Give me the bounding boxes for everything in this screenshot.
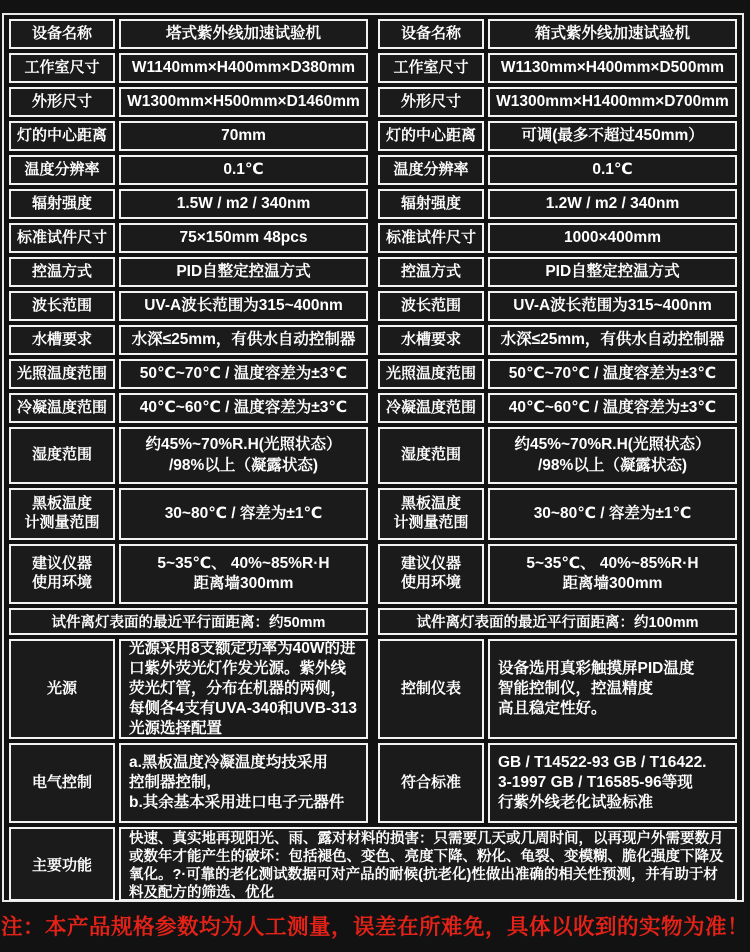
spec-value-cell: 70mm <box>119 121 368 151</box>
spec-value-cell: 1000×400mm <box>488 223 737 253</box>
spec-value-cell: 30~80℃ / 容差为±1℃ <box>119 488 368 540</box>
spec-row: 工作室尺寸W1140mm×H400mm×D380mm <box>9 53 368 83</box>
spec-value-cell: 约45%~70%R.H(光照状态） /98%以上（凝露状态) <box>488 427 737 484</box>
spec-label-cell: 冷凝温度范围 <box>9 393 115 423</box>
spec-sheet-frame: 设备名称塔式紫外线加速试验机工作室尺寸W1140mm×H400mm×D380mm… <box>2 13 744 902</box>
spec-label-cell: 电气控制 <box>9 743 115 823</box>
spec-value-cell: 光源采用8支额定功率为40W的进口紫外荧光灯作发光源。紫外线荧光灯管，分布在机器… <box>119 639 368 739</box>
spec-row: 光照温度范围50℃~70℃ / 温度容差为±3℃ <box>9 359 368 389</box>
spec-label-cell: 符合标准 <box>378 743 484 823</box>
spec-label-cell: 温度分辨率 <box>378 155 484 185</box>
main-function-row: 主要功能 快速、真实地再现阳光、雨、露对材料的损害：只需要几天或几周时间，以再现… <box>9 827 737 901</box>
spec-label-cell: 设备名称 <box>9 19 115 49</box>
spec-value-cell: 水深≤25mm，有供水自动控制器 <box>119 325 368 355</box>
spec-label-cell: 工作室尺寸 <box>9 53 115 83</box>
spec-label-cell: 外形尺寸 <box>9 87 115 117</box>
spec-row: 黑板温度 计测量范围30~80℃ / 容差为±1℃ <box>378 488 737 540</box>
spec-value-cell: 0.1℃ <box>119 155 368 185</box>
spec-row: 黑板温度 计测量范围30~80℃ / 容差为±1℃ <box>9 488 368 540</box>
spec-value-cell: 30~80℃ / 容差为±1℃ <box>488 488 737 540</box>
spec-row: 控制仪表设备选用真彩触摸屏PID温度 智能控制仪，控温精度 高且稳定性好。 <box>378 639 737 739</box>
spec-value-cell: 40℃~60℃ / 温度容差为±3℃ <box>488 393 737 423</box>
spec-value-cell: 设备选用真彩触摸屏PID温度 智能控制仪，控温精度 高且稳定性好。 <box>488 639 737 739</box>
spec-span-cell: 试件离灯表面的最近平行面距离：约50mm <box>9 608 368 635</box>
spec-label-cell: 控温方式 <box>9 257 115 287</box>
spec-label-cell: 工作室尺寸 <box>378 53 484 83</box>
spec-label-cell: 建议仪器 使用环境 <box>9 544 115 604</box>
spec-span-cell: 试件离灯表面的最近平行面距离：约100mm <box>378 608 737 635</box>
spec-value-cell: W1130mm×H400mm×D500mm <box>488 53 737 83</box>
spec-row: 湿度范围约45%~70%R.H(光照状态） /98%以上（凝露状态) <box>378 427 737 484</box>
spec-row: 温度分辨率0.1℃ <box>378 155 737 185</box>
spec-row: 温度分辨率0.1℃ <box>9 155 368 185</box>
spec-tables-container: 设备名称塔式紫外线加速试验机工作室尺寸W1140mm×H400mm×D380mm… <box>9 19 737 823</box>
spec-value-cell: 50℃~70℃ / 温度容差为±3℃ <box>488 359 737 389</box>
spec-value-cell: PID自整定控温方式 <box>119 257 368 287</box>
spec-table-box: 设备名称箱式紫外线加速试验机工作室尺寸W1130mm×H400mm×D500mm… <box>378 19 737 823</box>
spec-row: 设备名称箱式紫外线加速试验机 <box>378 19 737 49</box>
spec-value-cell: 水深≤25mm，有供水自动控制器 <box>488 325 737 355</box>
spec-row: 标准试件尺寸75×150mm 48pcs <box>9 223 368 253</box>
spec-label-cell: 设备名称 <box>378 19 484 49</box>
spec-row: 试件离灯表面的最近平行面距离：约50mm <box>9 608 368 635</box>
spec-label-cell: 波长范围 <box>378 291 484 321</box>
spec-label-cell: 波长范围 <box>9 291 115 321</box>
spec-row: 水槽要求水深≤25mm，有供水自动控制器 <box>378 325 737 355</box>
spec-row: 建议仪器 使用环境5~35℃、 40%~85%R·H 距离墙300mm <box>9 544 368 604</box>
spec-row: 波长范围UV-A波长范围为315~400nm <box>9 291 368 321</box>
spec-value-cell: 50℃~70℃ / 温度容差为±3℃ <box>119 359 368 389</box>
spec-label-cell: 水槽要求 <box>378 325 484 355</box>
spec-row: 控温方式PID自整定控温方式 <box>378 257 737 287</box>
spec-row: 控温方式PID自整定控温方式 <box>9 257 368 287</box>
spec-row: 电气控制a.黑板温度冷凝温度均技采用 控制器控制, b.其余基本采用进口电子元器… <box>9 743 368 823</box>
spec-row: 设备名称塔式紫外线加速试验机 <box>9 19 368 49</box>
spec-row: 标准试件尺寸1000×400mm <box>378 223 737 253</box>
spec-label-cell: 辐射强度 <box>378 189 484 219</box>
spec-value-cell: W1300mm×H1400mm×D700mm <box>488 87 737 117</box>
spec-row: 外形尺寸W1300mm×H500mm×D1460mm <box>9 87 368 117</box>
spec-value-cell: 40℃~60℃ / 温度容差为±3℃ <box>119 393 368 423</box>
spec-row: 冷凝温度范围40℃~60℃ / 温度容差为±3℃ <box>378 393 737 423</box>
spec-value-cell: 塔式紫外线加速试验机 <box>119 19 368 49</box>
spec-value-cell: 约45%~70%R.H(光照状态） /98%以上（凝露状态) <box>119 427 368 484</box>
spec-value-cell: UV-A波长范围为315~400nm <box>488 291 737 321</box>
spec-value-cell: W1140mm×H400mm×D380mm <box>119 53 368 83</box>
spec-value-cell: 5~35℃、 40%~85%R·H 距离墙300mm <box>488 544 737 604</box>
spec-value-cell: 0.1℃ <box>488 155 737 185</box>
spec-row: 波长范围UV-A波长范围为315~400nm <box>378 291 737 321</box>
spec-label-cell: 外形尺寸 <box>378 87 484 117</box>
spec-label-cell: 标准试件尺寸 <box>9 223 115 253</box>
spec-label-cell: 光照温度范围 <box>9 359 115 389</box>
spec-label-cell: 湿度范围 <box>9 427 115 484</box>
spec-label-cell: 灯的中心距离 <box>9 121 115 151</box>
spec-label-cell: 光照温度范围 <box>378 359 484 389</box>
spec-value-cell: a.黑板温度冷凝温度均技采用 控制器控制, b.其余基本采用进口电子元器件 <box>119 743 368 823</box>
measurement-disclaimer-note: 注：本产品规格参数均为人工测量，误差在所难免，具体以收到的实物为准！ <box>0 910 750 941</box>
spec-row: 试件离灯表面的最近平行面距离：约100mm <box>378 608 737 635</box>
spec-row: 灯的中心距离70mm <box>9 121 368 151</box>
spec-row: 水槽要求水深≤25mm，有供水自动控制器 <box>9 325 368 355</box>
spec-table-tower: 设备名称塔式紫外线加速试验机工作室尺寸W1140mm×H400mm×D380mm… <box>9 19 368 823</box>
spec-row: 辐射强度1.5W / m2 / 340nm <box>9 189 368 219</box>
spec-value-cell: 5~35℃、 40%~85%R·H 距离墙300mm <box>119 544 368 604</box>
spec-label-cell: 建议仪器 使用环境 <box>378 544 484 604</box>
spec-label-cell: 标准试件尺寸 <box>378 223 484 253</box>
spec-label-cell: 温度分辨率 <box>9 155 115 185</box>
main-function-label: 主要功能 <box>9 827 115 901</box>
spec-label-cell: 光源 <box>9 639 115 739</box>
main-function-text: 快速、真实地再现阳光、雨、露对材料的损害：只需要几天或几周时间，以再现户外需要数… <box>119 827 737 901</box>
spec-label-cell: 黑板温度 计测量范围 <box>9 488 115 540</box>
spec-label-cell: 水槽要求 <box>9 325 115 355</box>
spec-value-cell: 1.2W / m2 / 340nm <box>488 189 737 219</box>
spec-label-cell: 辐射强度 <box>9 189 115 219</box>
spec-value-cell: 1.5W / m2 / 340nm <box>119 189 368 219</box>
spec-label-cell: 控制仪表 <box>378 639 484 739</box>
spec-row: 湿度范围约45%~70%R.H(光照状态） /98%以上（凝露状态) <box>9 427 368 484</box>
spec-row: 外形尺寸W1300mm×H1400mm×D700mm <box>378 87 737 117</box>
spec-value-cell: GB / T14522-93 GB / T16422. 3-1997 GB / … <box>488 743 737 823</box>
spec-value-cell: UV-A波长范围为315~400nm <box>119 291 368 321</box>
spec-row: 光源光源采用8支额定功率为40W的进口紫外荧光灯作发光源。紫外线荧光灯管，分布在… <box>9 639 368 739</box>
spec-label-cell: 灯的中心距离 <box>378 121 484 151</box>
spec-row: 光照温度范围50℃~70℃ / 温度容差为±3℃ <box>378 359 737 389</box>
spec-row: 工作室尺寸W1130mm×H400mm×D500mm <box>378 53 737 83</box>
spec-row: 建议仪器 使用环境5~35℃、 40%~85%R·H 距离墙300mm <box>378 544 737 604</box>
spec-row: 符合标准GB / T14522-93 GB / T16422. 3-1997 G… <box>378 743 737 823</box>
spec-value-cell: 75×150mm 48pcs <box>119 223 368 253</box>
spec-label-cell: 控温方式 <box>378 257 484 287</box>
spec-row: 灯的中心距离可调(最多不超过450mm） <box>378 121 737 151</box>
spec-label-cell: 冷凝温度范围 <box>378 393 484 423</box>
spec-label-cell: 湿度范围 <box>378 427 484 484</box>
spec-value-cell: PID自整定控温方式 <box>488 257 737 287</box>
spec-row: 辐射强度1.2W / m2 / 340nm <box>378 189 737 219</box>
spec-value-cell: W1300mm×H500mm×D1460mm <box>119 87 368 117</box>
spec-label-cell: 黑板温度 计测量范围 <box>378 488 484 540</box>
spec-row: 冷凝温度范围40℃~60℃ / 温度容差为±3℃ <box>9 393 368 423</box>
spec-value-cell: 可调(最多不超过450mm） <box>488 121 737 151</box>
spec-value-cell: 箱式紫外线加速试验机 <box>488 19 737 49</box>
